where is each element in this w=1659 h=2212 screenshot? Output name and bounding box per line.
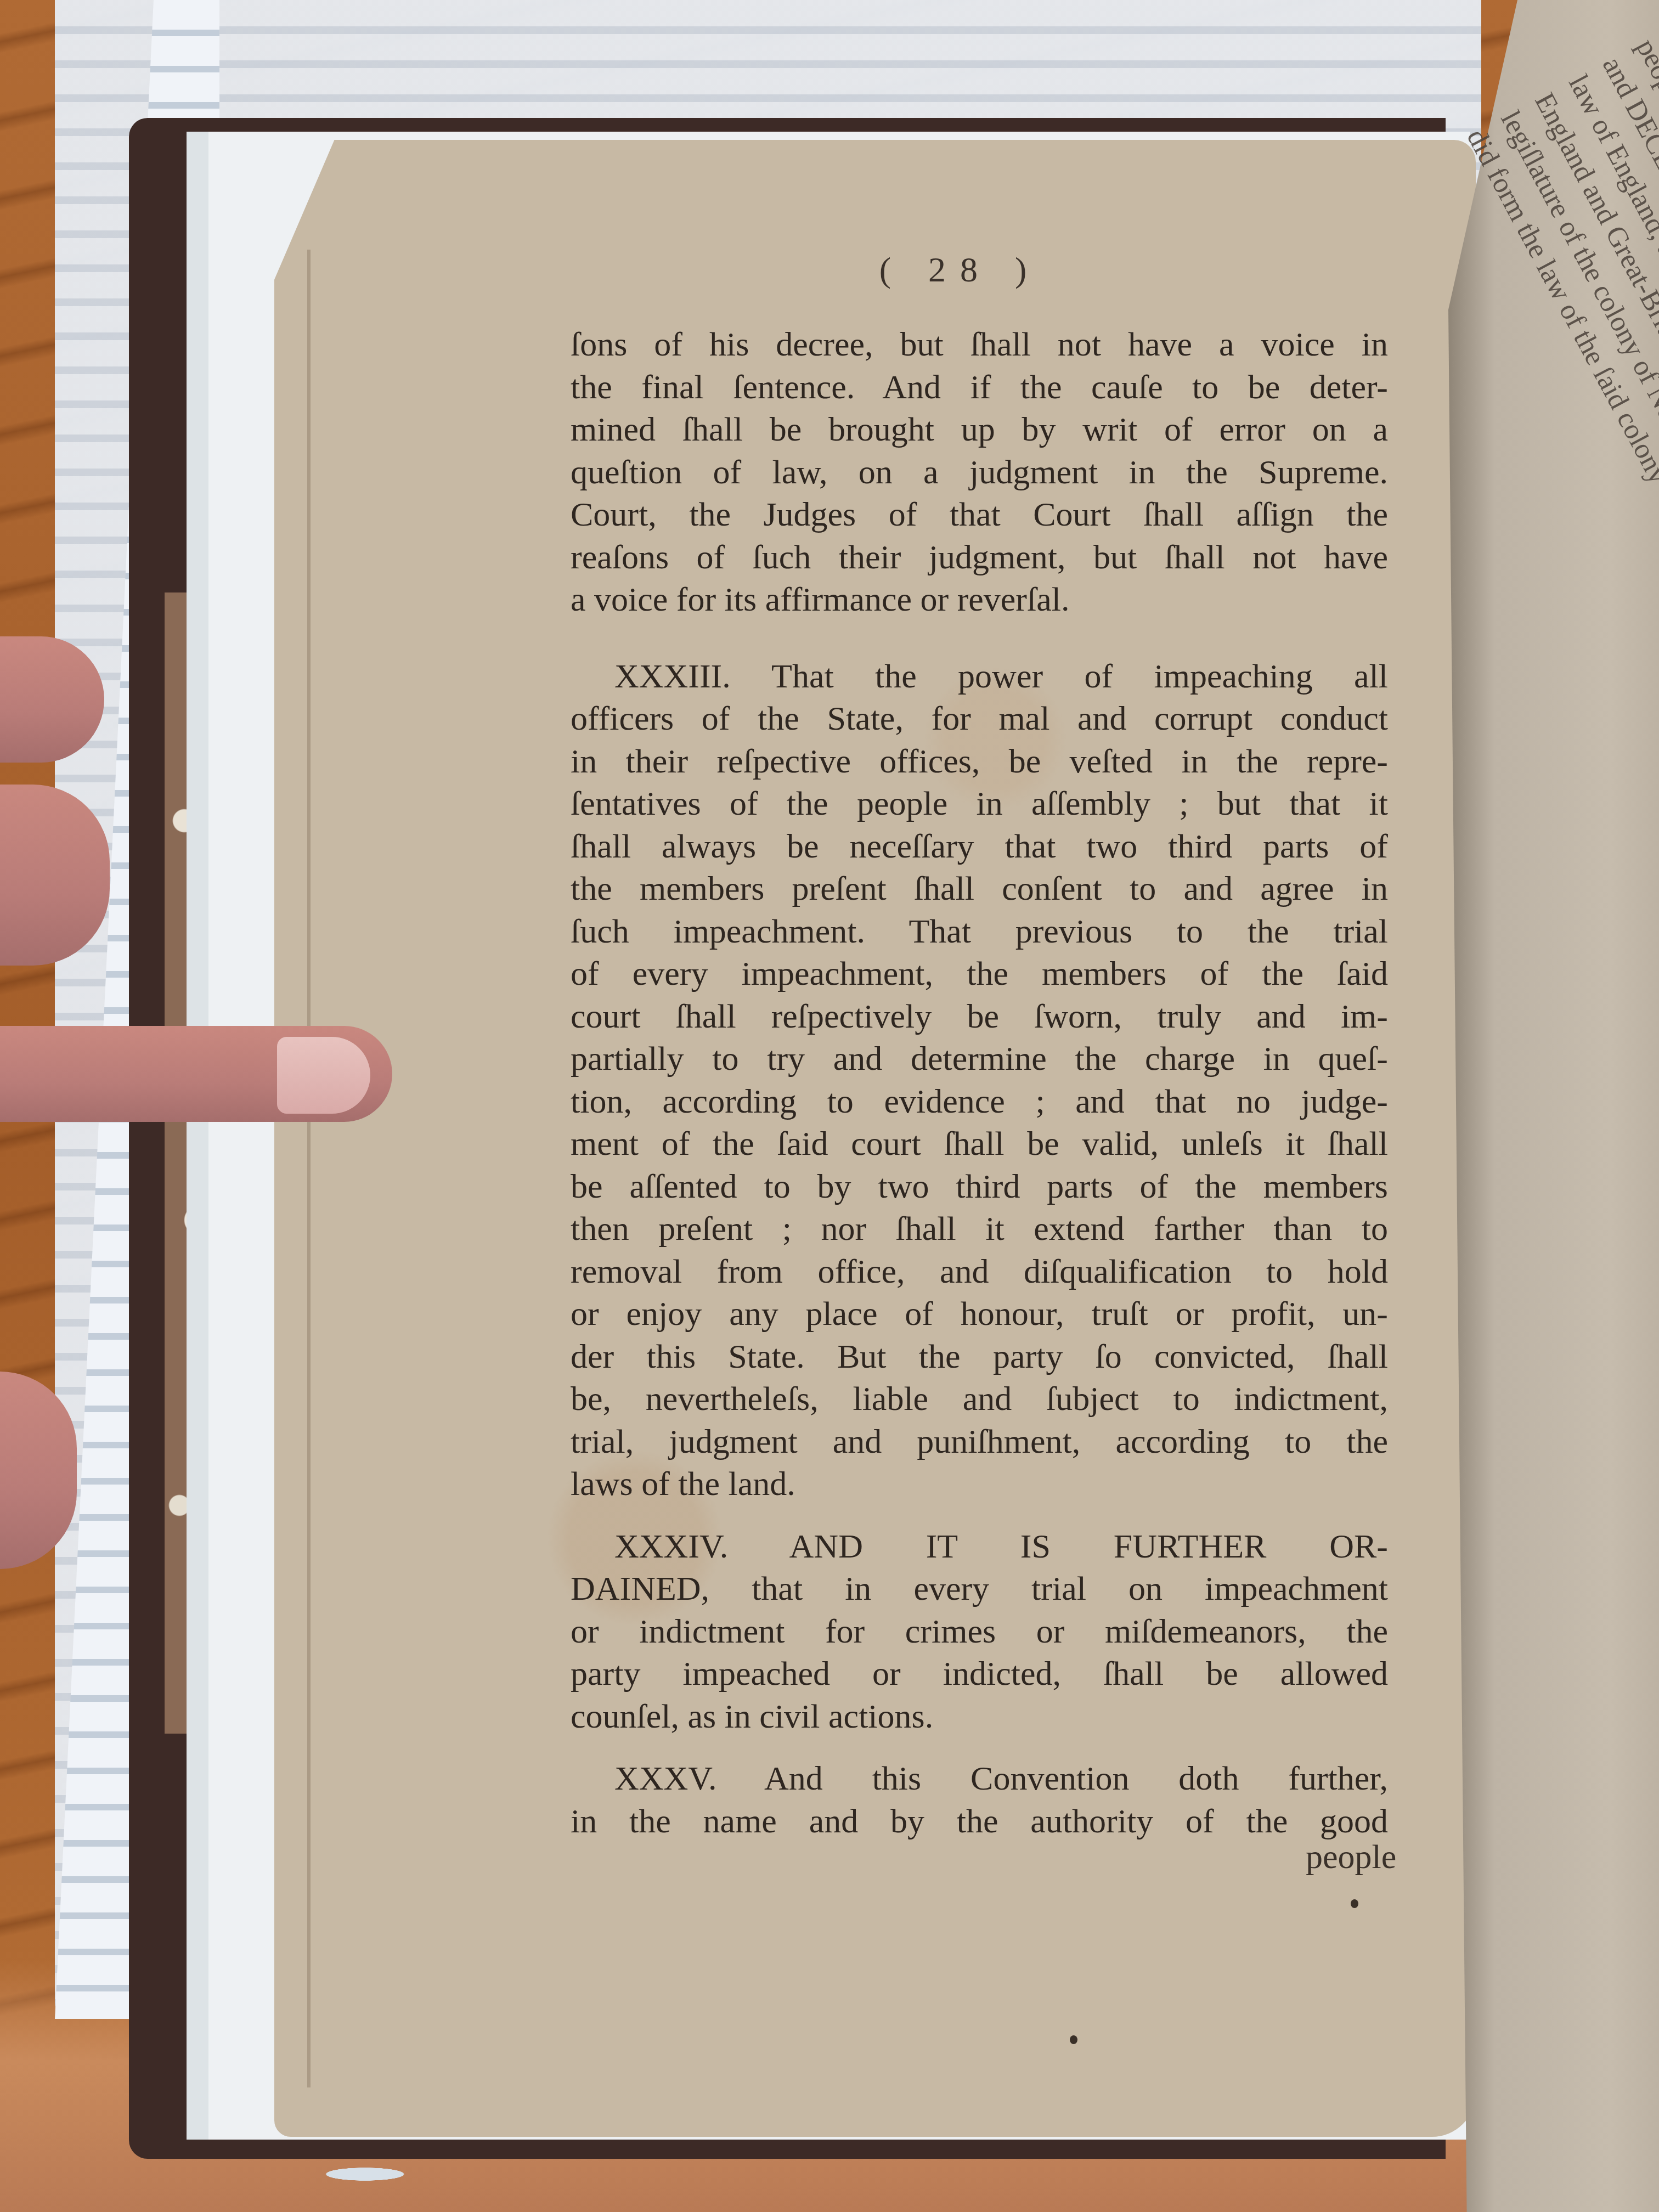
text-line: reaſons of ſuch their judgment, but ſhal… <box>571 537 1388 579</box>
article-heading-line: XXXV. And this Convention doth further, <box>571 1758 1388 1801</box>
text-line: removal from office, and diſqualificatio… <box>571 1251 1388 1294</box>
text-line: ſons of his decree, but ſhall not have a… <box>571 324 1388 366</box>
page-number: ( 28 ) <box>878 250 1042 290</box>
text-line: mined ſhall be brought up by writ of err… <box>571 409 1388 452</box>
ink-spot <box>1351 1899 1358 1908</box>
text-line: court ſhall reſpectively be ſworn, truly… <box>571 996 1388 1039</box>
left-page-text: ſons of his decree, but ſhall not have a… <box>571 324 1388 1843</box>
text-line: of every impeachment, the members of the… <box>571 953 1388 996</box>
text-line: then preſent ; nor ſhall it extend farth… <box>571 1208 1388 1251</box>
text-line: ſuch impeachment. That previous to the t… <box>571 911 1388 953</box>
text-line: party impeached or indicted, ſhall be al… <box>571 1653 1388 1696</box>
article-heading-line: XXXIII. That the power of impeaching all <box>571 656 1388 698</box>
article-heading-line: XXXIV. AND IT IS FURTHER OR- <box>571 1526 1388 1568</box>
text-line: or enjoy any place of honour, truſt or p… <box>571 1293 1388 1336</box>
text-line: ment of the ſaid court ſhall be valid, u… <box>571 1123 1388 1166</box>
article-xxxiii: XXXIII. That the power of impeaching all… <box>571 656 1388 1506</box>
text-line: partially to try and determine the charg… <box>571 1038 1388 1081</box>
text-line: trial, judgment and puniſhment, accordin… <box>571 1421 1388 1464</box>
ink-spot <box>1070 2035 1077 2044</box>
page-fold-line <box>307 250 311 2087</box>
text-line: der this State. But the party ſo convict… <box>571 1336 1388 1379</box>
text-line: in the name and by the authority of the … <box>571 1801 1388 1843</box>
text-line: counſel, as in civil actions. <box>571 1696 1388 1739</box>
text-line: a voice for its affirmance or reverſal. <box>571 579 1388 622</box>
text-line: DAINED, that in every trial on impeachme… <box>571 1568 1388 1611</box>
text-line: Court, the Judges of that Court ſhall aſ… <box>571 494 1388 537</box>
text-line: the final ſentence. And if the cauſe to … <box>571 366 1388 409</box>
text-line: queſtion of law, on a judgment in the Su… <box>571 452 1388 494</box>
text-line: officers of the State, for mal and corru… <box>571 698 1388 741</box>
text-line: laws of the land. <box>571 1463 1388 1506</box>
text-line: the members preſent ſhall conſent to and… <box>571 868 1388 911</box>
text-line: ſentatives of the people in aſſembly ; b… <box>571 783 1388 826</box>
fingernail <box>277 1037 370 1114</box>
article-xxxv: XXXV. And this Convention doth further, … <box>571 1758 1388 1843</box>
text-line: ſhall always be neceſſary that two third… <box>571 826 1388 868</box>
text-line: or indictment for crimes or miſdemeanors… <box>571 1611 1388 1654</box>
text-line: in their reſpective offices, be veſted i… <box>571 741 1388 783</box>
text-line: be aſſented to by two third parts of the… <box>571 1166 1388 1209</box>
article-xxxiv: XXXIV. AND IT IS FURTHER OR- DAINED, tha… <box>571 1526 1388 1739</box>
text-line: be, nevertheleſs, liable and ſubject to … <box>571 1378 1388 1421</box>
catchword: people <box>1306 1838 1396 1877</box>
text-line: tion, according to evidence ; and that n… <box>571 1081 1388 1124</box>
paragraph-continuation: ſons of his decree, but ſhall not have a… <box>571 324 1388 622</box>
